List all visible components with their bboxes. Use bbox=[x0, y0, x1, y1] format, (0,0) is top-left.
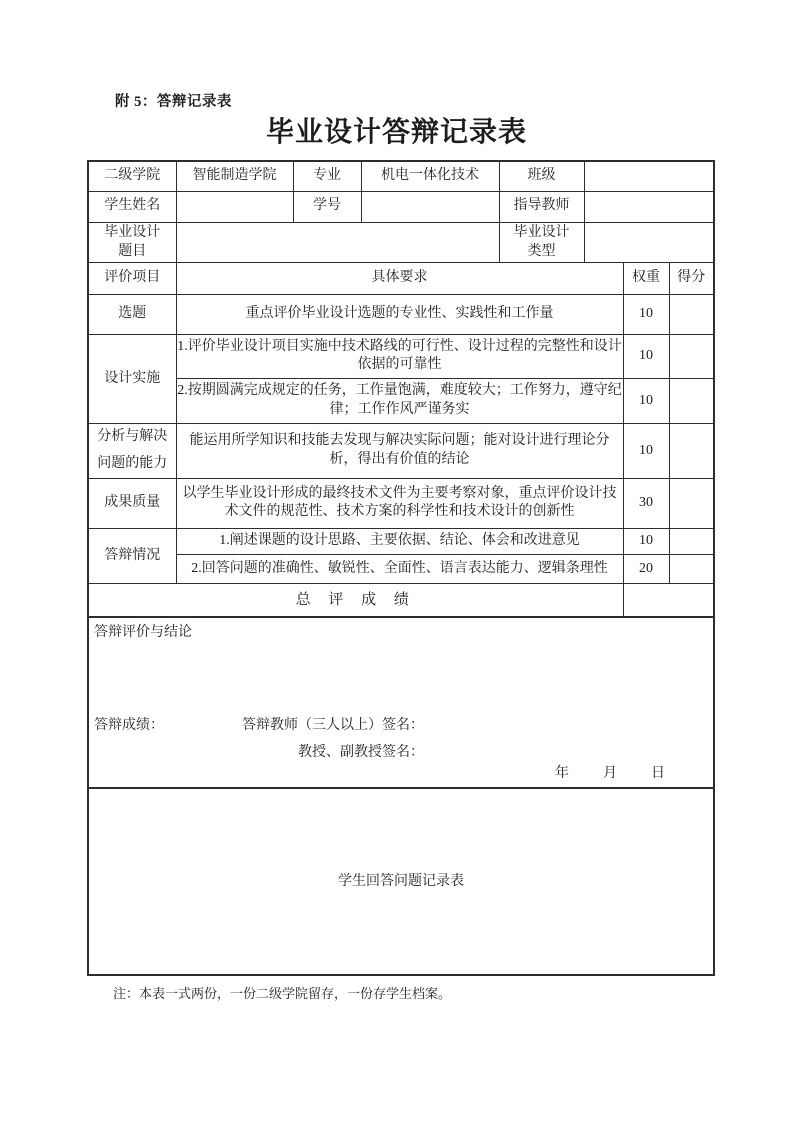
student-name-value-cell bbox=[176, 191, 293, 222]
implementation-score2-cell bbox=[669, 378, 714, 423]
quality-weight-cell: 30 bbox=[623, 478, 669, 528]
row-eval-header: 评价项目 具体要求 权重 得分 bbox=[88, 262, 714, 294]
topic-eval-score-cell bbox=[669, 294, 714, 334]
professor-signature-label: 教授、副教授签名： bbox=[298, 744, 424, 763]
topic-value-cell bbox=[176, 222, 499, 262]
total-label-cell: 总 评 成 绩 bbox=[88, 583, 623, 617]
defense-score1-cell bbox=[669, 528, 714, 554]
type-value-cell bbox=[584, 222, 714, 262]
page-title: 毕业设计答辩记录表 bbox=[0, 110, 793, 150]
defense-req1-cell: 1.阐述课题的设计思路、主要依据、结论、体会和改进意见 bbox=[176, 528, 623, 554]
eval-weight-header-cell: 权重 bbox=[623, 262, 669, 294]
analysis-label: 分析与解决问题的能力 bbox=[93, 424, 171, 477]
analysis-label-cell: 分析与解决问题的能力 bbox=[88, 423, 176, 478]
row-analysis: 分析与解决问题的能力 能运用所学知识和技能去发现与解决实际问题；能对设计进行理论… bbox=[88, 423, 714, 478]
implementation-label-cell: 设计实施 bbox=[88, 334, 176, 423]
eval-score-header-cell: 得分 bbox=[669, 262, 714, 294]
defense-score-label: 答辩成绩： bbox=[94, 717, 164, 736]
row-quality: 成果质量 以学生毕业设计形成的最终技术文件为主要考察对象，重点评价设计技术文件的… bbox=[88, 478, 714, 528]
type-label-cell: 毕业设计类型 bbox=[499, 222, 584, 262]
topic-eval-label-cell: 选题 bbox=[88, 294, 176, 334]
advisor-label-cell: 指导教师 bbox=[499, 191, 584, 222]
topic-label: 毕业设计题目 bbox=[101, 223, 163, 262]
analysis-weight-cell: 10 bbox=[623, 423, 669, 478]
college-label-cell: 二级学院 bbox=[88, 161, 176, 191]
quality-score-cell bbox=[669, 478, 714, 528]
defense-record-table: 二级学院 智能制造学院 专业 机电一体化技术 班级 学生姓名 学号 指导教师 毕… bbox=[87, 160, 715, 976]
quality-requirement-cell: 以学生毕业设计形成的最终技术文件为主要考察对象，重点评价设计技术文件的规范性、技… bbox=[176, 478, 623, 528]
conclusion-section-title: 答辩评价与结论 bbox=[94, 624, 192, 643]
defense-req2-cell: 2.回答问题的准确性、敏锐性、全面性、语言表达能力、逻辑条理性 bbox=[176, 554, 623, 583]
defense-label-cell: 答辩情况 bbox=[88, 528, 176, 583]
type-label: 毕业设计类型 bbox=[511, 223, 573, 262]
topic-eval-weight-cell: 10 bbox=[623, 294, 669, 334]
qa-cell: 学生回答问题记录表 bbox=[88, 788, 714, 975]
college-value-cell: 智能制造学院 bbox=[176, 161, 293, 191]
attachment-label: 附 5：答辩记录表 bbox=[115, 90, 232, 111]
quality-label-cell: 成果质量 bbox=[88, 478, 176, 528]
total-label: 总 评 成 绩 bbox=[296, 592, 416, 608]
row-topic-eval: 选题 重点评价毕业设计选题的专业性、实践性和工作量 10 bbox=[88, 294, 714, 334]
row-student: 学生姓名 学号 指导教师 bbox=[88, 191, 714, 222]
class-label-cell: 班级 bbox=[499, 161, 584, 191]
conclusion-box: 答辩评价与结论 答辩成绩： 答辩教师（三人以上）签名： 教授、副教授签名： 年 … bbox=[89, 618, 713, 787]
defense-score2-cell bbox=[669, 554, 714, 583]
analysis-requirement-cell: 能运用所学知识和技能去发现与解决实际问题；能对设计进行理论分析，得出有价值的结论 bbox=[176, 423, 623, 478]
row-defense-2: 2.回答问题的准确性、敏锐性、全面性、语言表达能力、逻辑条理性 20 bbox=[88, 554, 714, 583]
implementation-weight1-cell: 10 bbox=[623, 334, 669, 378]
qa-section-title: 学生回答问题记录表 bbox=[338, 874, 464, 889]
row-qa: 学生回答问题记录表 bbox=[88, 788, 714, 975]
row-college: 二级学院 智能制造学院 专业 机电一体化技术 班级 bbox=[88, 161, 714, 191]
class-value-cell bbox=[584, 161, 714, 191]
student-name-label-cell: 学生姓名 bbox=[88, 191, 176, 222]
eval-item-header-cell: 评价项目 bbox=[88, 262, 176, 294]
row-total: 总 评 成 绩 bbox=[88, 583, 714, 617]
topic-label-cell: 毕业设计题目 bbox=[88, 222, 176, 262]
student-id-label-cell: 学号 bbox=[293, 191, 361, 222]
total-score-cell bbox=[623, 583, 714, 617]
defense-weight1-cell: 10 bbox=[623, 528, 669, 554]
analysis-score-cell bbox=[669, 423, 714, 478]
major-label-cell: 专业 bbox=[293, 161, 361, 191]
row-implementation-2: 2.按期圆满完成规定的任务，工作量饱满，难度较大；工作努力，遵守纪律；工作作风严… bbox=[88, 378, 714, 423]
implementation-weight2-cell: 10 bbox=[623, 378, 669, 423]
row-defense-1: 答辩情况 1.阐述课题的设计思路、主要依据、结论、体会和改进意见 10 bbox=[88, 528, 714, 554]
row-topic: 毕业设计题目 毕业设计类型 bbox=[88, 222, 714, 262]
implementation-req1-cell: 1.评价毕业设计项目实施中技术路线的可行性、设计过程的完整性和设计依据的可靠性 bbox=[176, 334, 623, 378]
conclusion-cell: 答辩评价与结论 答辩成绩： 答辩教师（三人以上）签名： 教授、副教授签名： 年 … bbox=[88, 617, 714, 788]
document-page: 附 5：答辩记录表 毕业设计答辩记录表 二级学院 智能制造学院 专业 机电一体化… bbox=[0, 0, 793, 1122]
panel-signature-label: 答辩教师（三人以上）签名： bbox=[242, 717, 424, 736]
defense-weight2-cell: 20 bbox=[623, 554, 669, 583]
student-id-value-cell bbox=[361, 191, 499, 222]
date-label: 年 月 日 bbox=[555, 765, 667, 784]
eval-requirement-header-cell: 具体要求 bbox=[176, 262, 623, 294]
footnote: 注：本表一式两份，一份二级学院留存，一份存学生档案。 bbox=[113, 983, 451, 1002]
topic-eval-requirement-cell: 重点评价毕业设计选题的专业性、实践性和工作量 bbox=[176, 294, 623, 334]
row-implementation-1: 设计实施 1.评价毕业设计项目实施中技术路线的可行性、设计过程的完整性和设计依据… bbox=[88, 334, 714, 378]
major-value-cell: 机电一体化技术 bbox=[361, 161, 499, 191]
row-conclusion: 答辩评价与结论 答辩成绩： 答辩教师（三人以上）签名： 教授、副教授签名： 年 … bbox=[88, 617, 714, 788]
implementation-score1-cell bbox=[669, 334, 714, 378]
advisor-value-cell bbox=[584, 191, 714, 222]
implementation-req2-cell: 2.按期圆满完成规定的任务，工作量饱满，难度较大；工作努力，遵守纪律；工作作风严… bbox=[176, 378, 623, 423]
